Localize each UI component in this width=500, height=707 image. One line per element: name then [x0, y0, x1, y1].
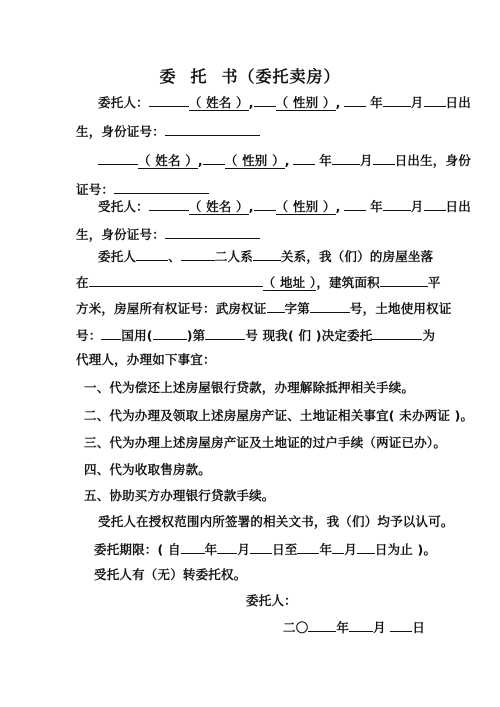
- body-line-1: 委托人、二人系关系，我（们）的房屋坐落: [98, 248, 433, 265]
- blank-field[interactable]: [153, 327, 187, 340]
- blank-field[interactable]: [267, 300, 285, 313]
- term-text: 日为止 )。: [375, 542, 436, 557]
- body-line-2: 在（ 地址 ），建筑面积平: [76, 274, 441, 291]
- blank-field[interactable]: [390, 619, 412, 632]
- title-char: 书: [222, 67, 239, 86]
- item-4: 四、代为收取售房款。: [84, 462, 211, 478]
- blank-field[interactable]: [372, 327, 422, 340]
- blank-field[interactable]: [181, 248, 215, 261]
- blank-field[interactable]: [293, 152, 315, 165]
- day-label: 日出: [446, 199, 471, 214]
- address-hint: （ 地址 ）: [263, 275, 317, 291]
- area-field[interactable]: [380, 274, 428, 287]
- body-text: 号 现我( 们 )决定委托: [245, 328, 372, 343]
- body-text: 号，土地使用权证: [350, 301, 452, 316]
- blank-field[interactable]: [181, 541, 205, 554]
- blank-field[interactable]: [344, 198, 366, 211]
- blank-field[interactable]: [149, 198, 189, 211]
- blank-field[interactable]: [149, 94, 189, 107]
- id-label: 生，身份证号：: [76, 227, 165, 242]
- agent-line: 受托人：（ 姓名 ）,（ 性别 ）, 年月日出: [98, 198, 471, 215]
- title-subtitle: （委托卖房）: [239, 67, 341, 86]
- term-text: 年: [205, 542, 218, 557]
- signature-date: 二〇年月 日: [283, 619, 425, 636]
- blank-field[interactable]: [332, 541, 344, 554]
- principal-label: 委托人：: [98, 95, 149, 110]
- principal-1-id-line: 生，身份证号：: [76, 123, 260, 140]
- title-char: 托: [190, 67, 207, 86]
- gender-hint: （ 性别 ）: [276, 199, 336, 215]
- date-prefix: 二〇: [283, 620, 308, 635]
- blank-field[interactable]: [101, 327, 121, 340]
- year-label: 年: [370, 95, 383, 110]
- address-field[interactable]: [89, 274, 263, 287]
- body-text: 号：: [76, 328, 101, 343]
- body-text: 二人系: [215, 249, 253, 264]
- body-line-4: 号：国用()第号 现我( 们 )决定委托为: [76, 327, 435, 344]
- gender-hint: （ 性别 ）: [276, 95, 336, 111]
- month-label: 月: [411, 95, 424, 110]
- blank-field[interactable]: [203, 152, 225, 165]
- month-label: 月: [411, 199, 424, 214]
- gender-hint: （ 性别 ）: [225, 153, 285, 169]
- day-label: 日出: [446, 95, 471, 110]
- body-text: 方米，房屋所有权证号：武房权证: [76, 301, 267, 316]
- blank-field[interactable]: [217, 541, 237, 554]
- principal-2-id-line: 证号：: [76, 181, 209, 198]
- body-line-5: 代理人，办理如下事宜：: [76, 352, 216, 368]
- body-text: 国用(: [121, 328, 152, 343]
- body-text: ，建筑面积: [316, 275, 380, 290]
- blank-field[interactable]: [308, 619, 336, 632]
- principal-1-line: 委托人：（ 姓名 ）,（ 性别 ）, 年月日出: [98, 94, 471, 111]
- blank-field[interactable]: [98, 152, 138, 165]
- blank-field[interactable]: [349, 619, 373, 632]
- body-text: 平: [428, 275, 441, 290]
- name-hint: （ 姓名 ）: [189, 95, 249, 111]
- blank-field[interactable]: [424, 198, 446, 211]
- term-text: 日至: [272, 542, 297, 557]
- title-char: 委: [159, 67, 176, 86]
- body-text: 代理人，办理如下事宜：: [76, 352, 216, 367]
- blank-field[interactable]: [310, 300, 350, 313]
- blank-field[interactable]: [254, 198, 276, 211]
- name-hint: （ 姓名 ）: [189, 199, 249, 215]
- blank-field[interactable]: [165, 226, 260, 239]
- month-label: 月: [360, 153, 373, 168]
- blank-field[interactable]: [114, 181, 209, 194]
- term-text: 月: [237, 542, 250, 557]
- body-text: 关系，我（们）的房屋坐落: [281, 249, 433, 264]
- body-text: 字第: [285, 301, 310, 316]
- blank-field[interactable]: [254, 94, 276, 107]
- id-label: 生，身份证号：: [76, 124, 165, 139]
- term-text: 年: [319, 542, 332, 557]
- day-label: 日出生，身份: [395, 153, 471, 168]
- blank-field[interactable]: [165, 123, 260, 136]
- item-2: 二、代为办理及领取上述房屋房产证、土地证相关事宜( 未办两证 )。: [84, 408, 473, 424]
- blank-field[interactable]: [373, 152, 395, 165]
- body-text: 委托人: [98, 249, 136, 264]
- blank-field[interactable]: [250, 541, 272, 554]
- year-label: 年: [319, 153, 332, 168]
- item-3: 三、代为办理上述房屋房产证及土地证的过户手续（两证已办）。: [84, 435, 446, 451]
- month-label: 月: [373, 620, 386, 635]
- item-1: 一、代为偿还上述房屋银行贷款，办理解除抵押相关手续。: [84, 380, 414, 396]
- year-label: 年: [370, 199, 383, 214]
- body-text: 在: [76, 275, 89, 290]
- term-line: 委托期限：( 自年月日至年月日为止 )。: [94, 541, 436, 558]
- subdelegation-text: 受托人有（无）转委托权。: [94, 567, 246, 583]
- term-text: 月: [344, 542, 357, 557]
- body-text: 、: [168, 249, 181, 264]
- blank-field[interactable]: [424, 94, 446, 107]
- agent-label: 受托人：: [98, 199, 149, 214]
- document-title: 委托书（委托卖房）: [0, 64, 500, 87]
- item-5: 五、协助买方办理银行贷款手续。: [84, 488, 275, 504]
- blank-field[interactable]: [205, 327, 245, 340]
- day-label: 日: [412, 620, 425, 635]
- blank-field[interactable]: [383, 198, 411, 211]
- blank-field[interactable]: [136, 248, 168, 261]
- agent-id-line: 生，身份证号：: [76, 226, 260, 243]
- blank-field[interactable]: [253, 248, 281, 261]
- blank-field[interactable]: [344, 94, 366, 107]
- acknowledge-text: 受托人在授权范围内所签署的相关文书，我（们）均予以认可。: [98, 514, 454, 530]
- name-hint: （ 姓名 ）: [138, 153, 198, 169]
- year-label: 年: [336, 620, 349, 635]
- body-text: 为: [422, 328, 435, 343]
- id-label: 证号：: [76, 182, 114, 197]
- document-page: 委托书（委托卖房） 委托人：（ 姓名 ）,（ 性别 ）, 年月日出 生，身份证号…: [0, 0, 500, 707]
- term-text: 委托期限：( 自: [94, 542, 181, 557]
- blank-field[interactable]: [383, 94, 411, 107]
- principal-2-line: （ 姓名 ）,（ 性别 ）, 年月日出生，身份: [98, 152, 471, 169]
- body-line-3: 方米，房屋所有权证号：武房权证字第号，土地使用权证: [76, 300, 452, 317]
- blank-field[interactable]: [297, 541, 319, 554]
- blank-field[interactable]: [332, 152, 360, 165]
- signature-label: 委托人：: [246, 593, 297, 609]
- blank-field[interactable]: [357, 541, 375, 554]
- body-text: )第: [187, 328, 206, 343]
